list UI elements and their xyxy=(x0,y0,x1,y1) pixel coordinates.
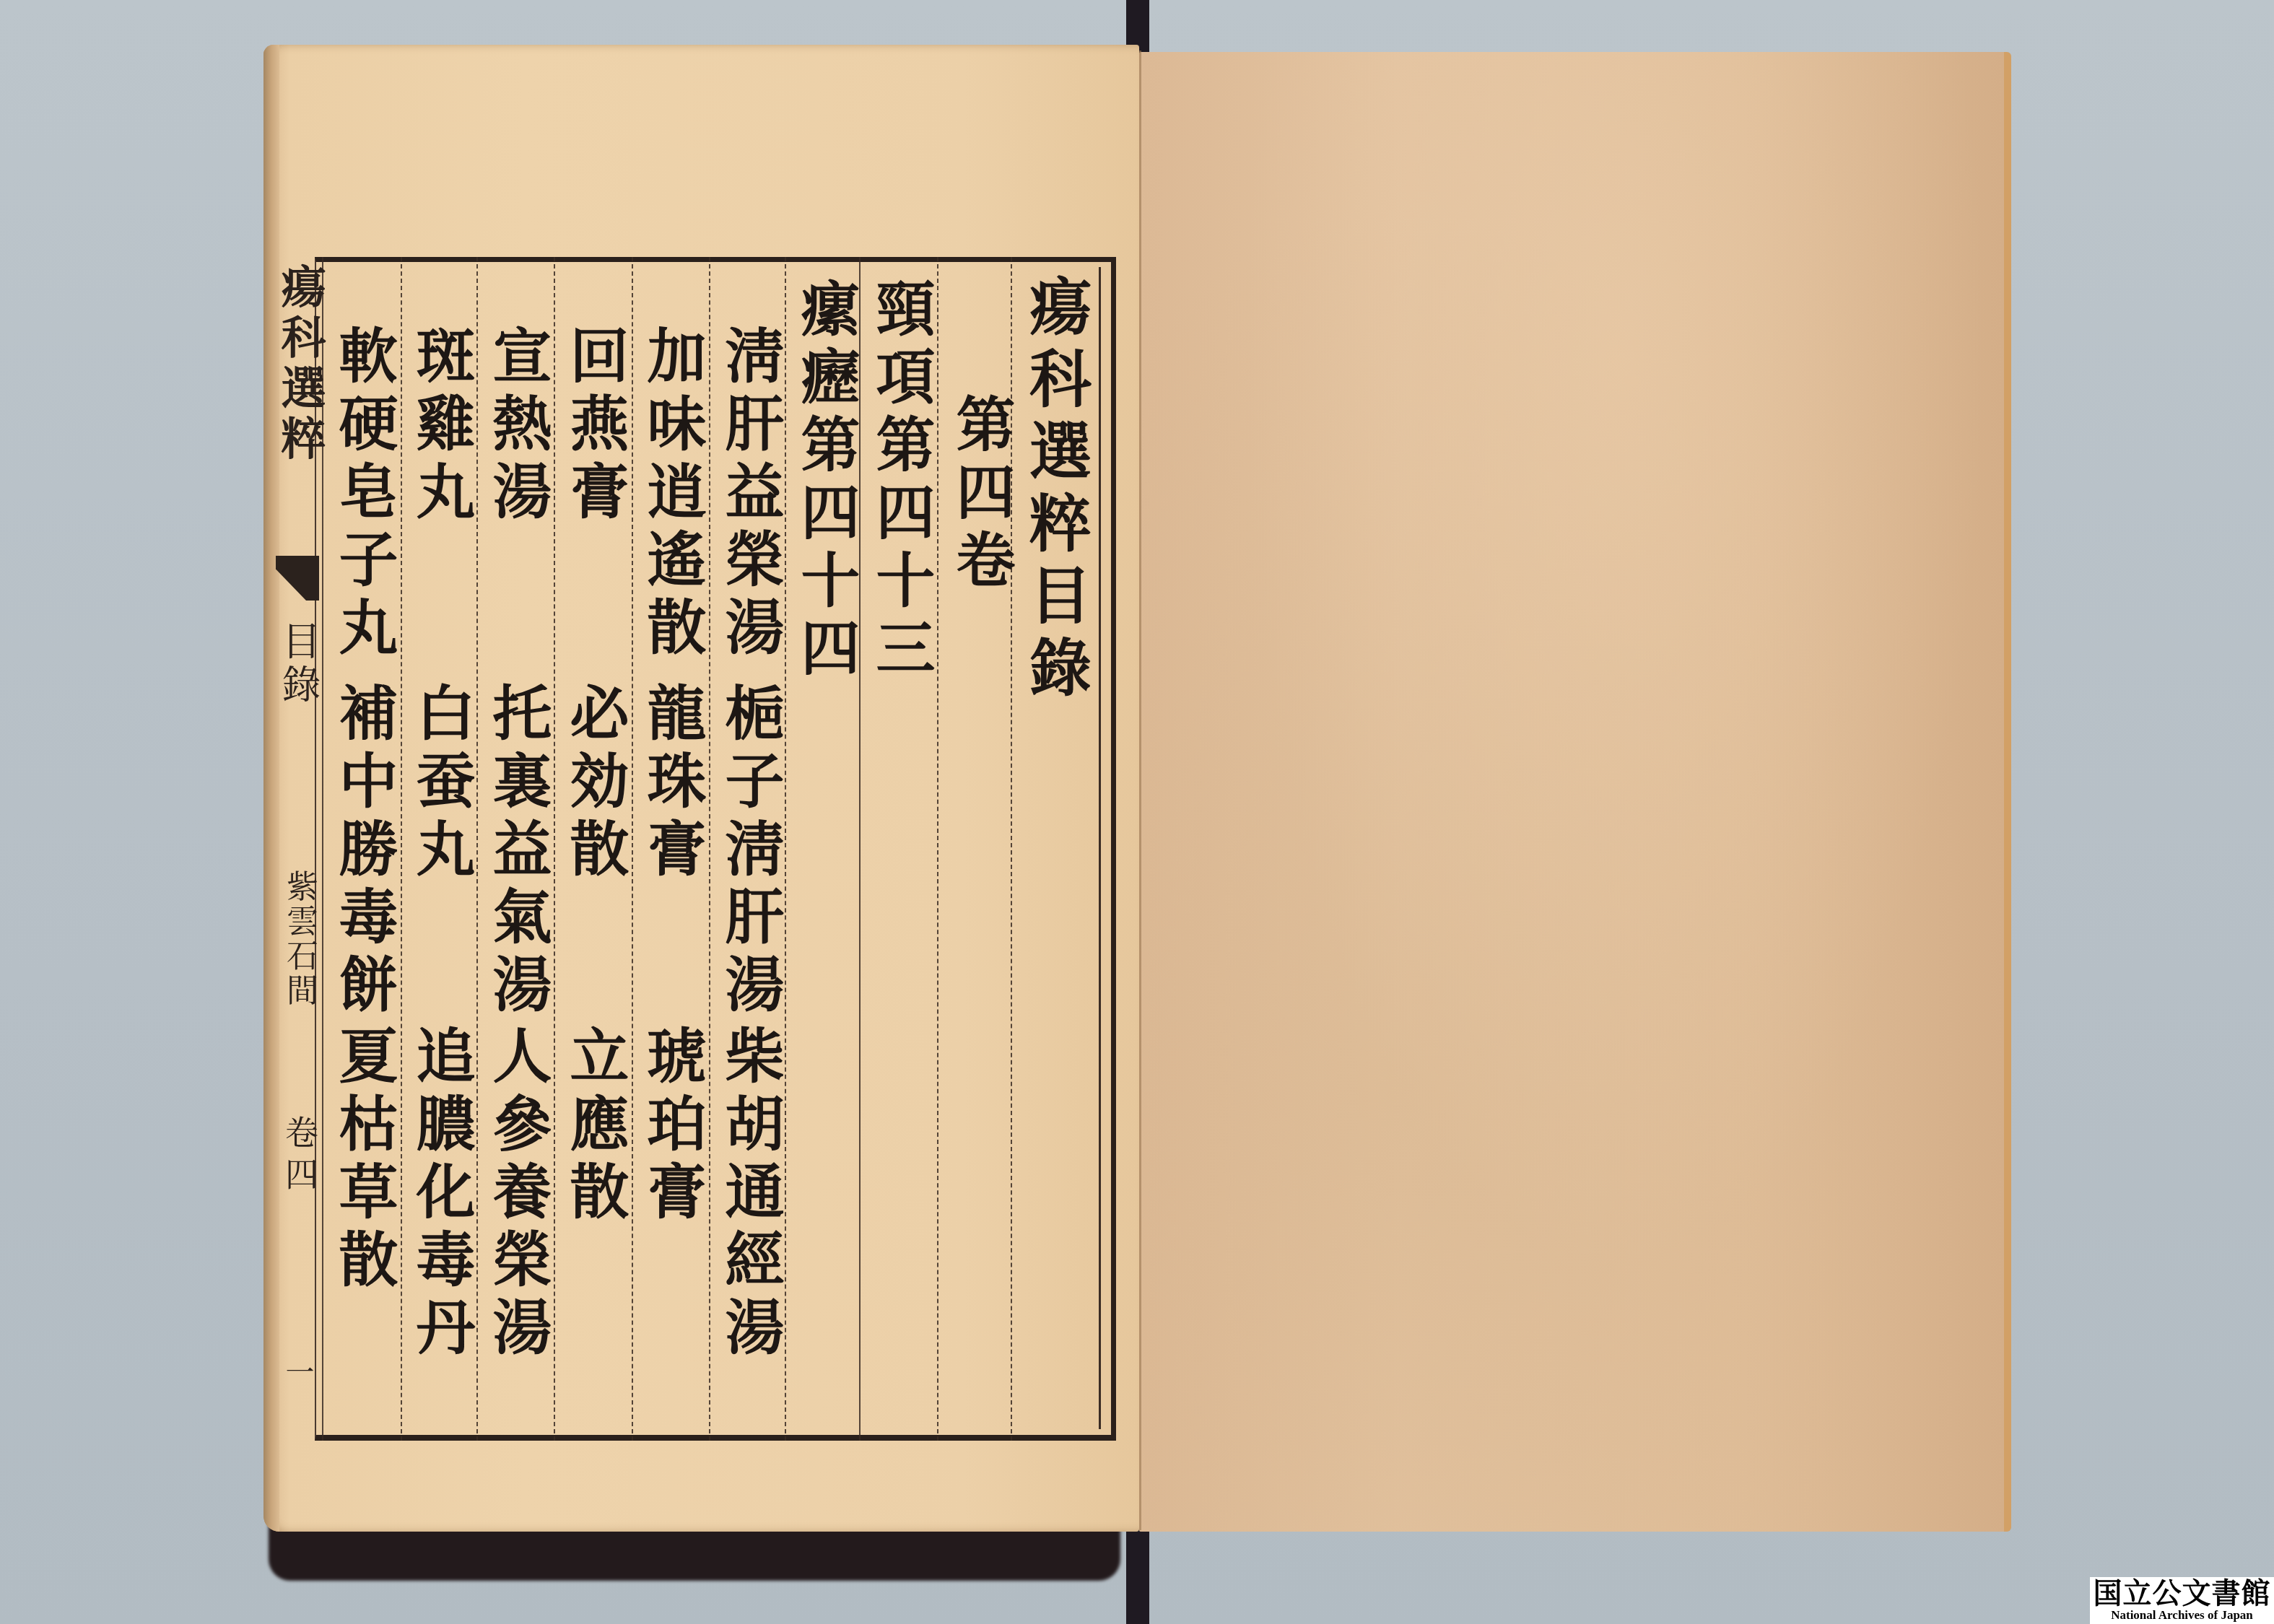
column-rule xyxy=(401,257,402,1441)
prescription-entry: 立應散 xyxy=(565,1025,624,1228)
margin-page-number: 一 xyxy=(283,1357,312,1386)
archive-watermark: 国立公文書館 National Archives of Japan xyxy=(2090,1577,2274,1624)
prescription-entry: 梔子淸肝湯 xyxy=(720,682,780,1021)
prescription-entry: 白蚕丸 xyxy=(411,682,471,886)
column-rule xyxy=(785,257,786,1441)
section-heading: 瘰癧第四十四 xyxy=(796,278,855,685)
prescription-entry: 淸肝益榮湯 xyxy=(720,325,780,664)
column-rule xyxy=(632,257,633,1441)
margin-publisher: 紫雲石間 xyxy=(283,870,315,1008)
prescription-entry: 琥珀膏 xyxy=(642,1025,702,1228)
volume-heading: 第四卷 xyxy=(951,393,1011,597)
toc-title: 瘍科選粹目錄 xyxy=(1024,274,1086,707)
column-rule xyxy=(937,257,938,1441)
prescription-entry: 柴胡通經湯 xyxy=(720,1025,780,1364)
column-rule xyxy=(554,257,555,1441)
column-rule xyxy=(709,257,710,1441)
prescription-entry: 夏枯草散 xyxy=(334,1025,393,1296)
prescription-entry: 宣熱湯 xyxy=(488,325,547,528)
prescription-entry: 龍珠膏 xyxy=(642,682,702,886)
section-heading: 頸項第四十三 xyxy=(871,278,931,685)
margin-book-title: 瘍科選粹 xyxy=(277,263,322,466)
prescription-entry: 回燕膏 xyxy=(565,325,624,528)
prescription-entry: 人參養榮湯 xyxy=(488,1025,547,1364)
watermark-japanese: 国立公文書館 xyxy=(2090,1579,2274,1609)
prescription-entry: 軟硬皂子丸 xyxy=(334,325,393,664)
column-rule xyxy=(476,257,478,1441)
prescription-entry: 補中勝毒餅 xyxy=(334,682,393,1021)
margin-volume: 卷四 xyxy=(283,1115,316,1199)
gutter-fold xyxy=(1139,51,1141,1530)
prescription-entry: 斑雞丸 xyxy=(411,325,471,528)
prescription-entry: 托裏益氣湯 xyxy=(488,682,547,1021)
prescription-entry: 加味逍遙散 xyxy=(642,325,702,664)
margin-section: 目錄 xyxy=(279,621,318,707)
prescription-entry: 追膿化毒丹 xyxy=(411,1025,471,1364)
prescription-entry: 必効散 xyxy=(565,682,624,886)
watermark-english: National Archives of Japan xyxy=(2090,1609,2274,1622)
frame-inner-rule xyxy=(1099,267,1101,1429)
right-page-blank xyxy=(1139,52,2011,1532)
